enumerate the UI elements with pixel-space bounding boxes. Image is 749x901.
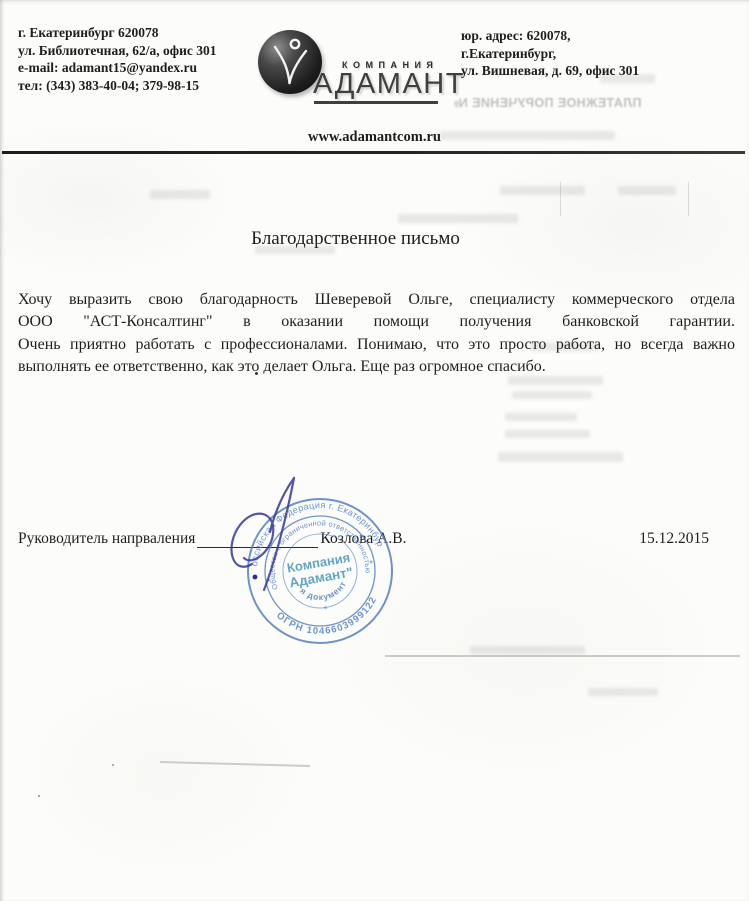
header-divider-line: [2, 151, 745, 154]
ink-speck: [255, 372, 258, 375]
website-url: www.adamantcom.ru: [0, 129, 749, 146]
scan-artifact: [160, 761, 310, 766]
scan-artifact: [500, 186, 585, 195]
scan-artifact: [398, 214, 518, 223]
scan-artifact: [512, 391, 592, 399]
logo-underline: [314, 101, 438, 104]
company-logo: КОМПАНИЯ АДАМАНТ: [256, 24, 451, 109]
legal-address-zip: юр. адрес: 620078,: [461, 27, 639, 45]
ink-speck: [112, 764, 114, 766]
ink-speck: [38, 795, 40, 797]
handwritten-signature: [212, 468, 332, 618]
scanned-letter-page: ПЛАТЕЖНОЕ ПОРУЧЕНИЕ № г. Екатеринбург 62…: [0, 0, 749, 901]
scan-artifact: [588, 688, 658, 696]
scan-artifact: [505, 413, 577, 421]
scan-artifact: [150, 190, 210, 199]
legal-address-street: ул. Вишневая, д. 69, офис 301: [461, 62, 639, 80]
scan-artifact: [505, 430, 590, 438]
scan-artifact: [688, 182, 689, 216]
sender-city: г. Екатеринбург 620078: [18, 24, 217, 42]
legal-address-city: г.Екатеринбург,: [461, 45, 639, 63]
scan-artifact: [560, 182, 561, 216]
body-line: Хочу выразить свою благодарность Шеверев…: [18, 289, 735, 311]
sender-street: ул. Библиотечная, 62/а, офис 301: [18, 42, 217, 60]
legal-address-block: юр. адрес: 620078, г.Екатеринбург, ул. В…: [461, 27, 639, 80]
body-line: выполнять ее ответственно, как это делае…: [18, 356, 735, 378]
sender-contact-block: г. Екатеринбург 620078 ул. Библиотечная,…: [18, 24, 217, 94]
scan-artifact: [498, 452, 623, 462]
scan-artifact: [618, 186, 676, 195]
scan-artifact: [470, 646, 585, 654]
letter-body: Хочу выразить свою благодарность Шеверев…: [18, 289, 735, 378]
sender-email: e-mail: adamant15@yandex.ru: [18, 59, 217, 77]
logo-brand-word: АДАМАНТ: [313, 68, 465, 101]
sender-phone: тел: (343) 383-40-04; 379-98-15: [18, 77, 217, 95]
body-line: Очень приятно работать с профессионалами…: [18, 334, 735, 356]
letter-date: 15.12.2015: [639, 530, 709, 548]
ink-dot: [253, 575, 258, 580]
signer-position-label: Руководитель напрваления: [18, 530, 195, 548]
letter-title: Благодарственное письмо: [0, 228, 711, 250]
scan-artifact: [385, 655, 740, 657]
body-line: ООО "АСТ-Консалтинг" в оказании помощи п…: [18, 311, 735, 333]
